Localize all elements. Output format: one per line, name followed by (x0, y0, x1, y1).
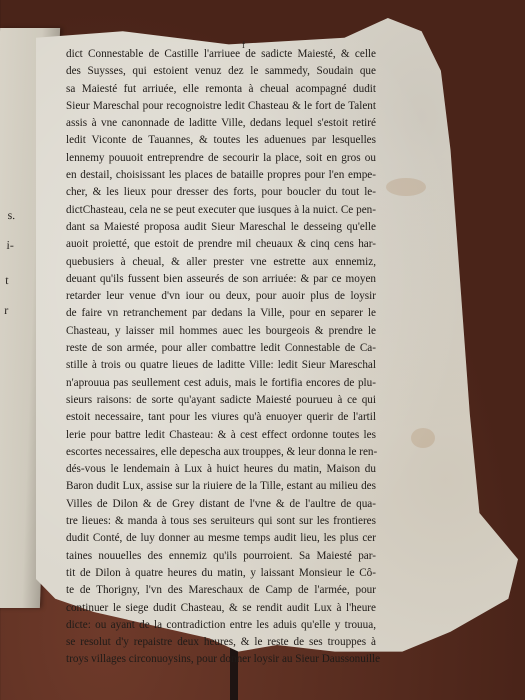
text-line: auoit proietté, que estoit de prendre mi… (66, 236, 376, 253)
text-line: tit de Dilon à quatre heures du matin, y… (66, 565, 376, 582)
paper-stain (386, 178, 426, 196)
text-line: assis à vne canonnade de laditte Ville, … (66, 115, 376, 132)
left-page-fragment: r (4, 303, 9, 318)
left-page-fragment: s. (7, 208, 15, 223)
text-line: dictChasteau, cela ne se peut executer q… (66, 202, 376, 219)
text-line: sieurs raisons: de sorte qu'ayant sadict… (66, 392, 376, 409)
text-line: escortes necessaires, elle depescha aux … (66, 444, 376, 461)
text-line: estoit necessaire, tant pour les viures … (66, 409, 376, 426)
text-line: tre lieues: & manda à tous ses seruiteur… (66, 513, 376, 530)
text-line: se resolut d'y repaistre deux heures, & … (66, 634, 376, 651)
text-line: en destail, choisissant les places de ba… (66, 167, 376, 184)
text-line: n'aprouua pas seullement cest aduis, mai… (66, 375, 376, 392)
left-page-fragment: i- (6, 238, 14, 253)
text-line: dant sa Maiesté proposa audit Sieur Mare… (66, 219, 376, 236)
left-page-fragment: t (5, 273, 9, 288)
text-line: taines nouuelles des ennemiz qu'ils pour… (66, 548, 376, 565)
text-line: troys villages circonuoysins, pour donne… (66, 651, 376, 668)
text-line: sa Maiesté fut arriuée, elle remonta à c… (66, 81, 376, 98)
text-line: Chasteau, y laisser mil hommes auec les … (66, 323, 376, 340)
text-line: Sieur Mareschal pour recognoistre ledit … (66, 98, 376, 115)
text-line: Villes de Dilon & de Grey distant de l'v… (66, 496, 376, 513)
text-line: cher, & les lieux pour dresser des forts… (66, 184, 376, 201)
text-line: de faire vn retranchement par dedans la … (66, 305, 376, 322)
document-text: dict Connestable de Castille l'arriuee d… (66, 46, 376, 669)
text-line: lennemy pouuoit entreprendre de secourir… (66, 150, 376, 167)
text-line: retarder leur venue d'vn iour ou deux, p… (66, 288, 376, 305)
text-line: continuer le siege dudit Chasteau, & se … (66, 600, 376, 617)
text-line: quebusiers à cheual, & aller prester vne… (66, 254, 376, 271)
text-line: dudit Conté, de luy donner au mesme temp… (66, 530, 376, 547)
text-line: stille à trois ou quatre lieues de ladit… (66, 357, 376, 374)
text-line: deuant qu'ils fussent bien asseurés de s… (66, 271, 376, 288)
text-line: dict Connestable de Castille l'arriuee d… (66, 46, 376, 63)
text-line: lerie pour battre ledit Chasteau: & à ce… (66, 427, 376, 444)
text-line: dés-vous le lendemain à Lux à huict heur… (66, 461, 376, 478)
text-line: te de Thorigny, l'vn des Mareschaux de C… (66, 582, 376, 599)
text-line: des Suysses, qui estoient venuz dez le s… (66, 63, 376, 80)
text-line: reste de son armée, pour aller combattre… (66, 340, 376, 357)
paper-stain (411, 428, 435, 448)
text-line: ledit Viconte de Tauannes, & toutes les … (66, 132, 376, 149)
text-line: dicte: ou ayant de la contradiction entr… (66, 617, 376, 634)
text-line: Baron dudit Lux, assise sur la riuiere d… (66, 478, 376, 495)
